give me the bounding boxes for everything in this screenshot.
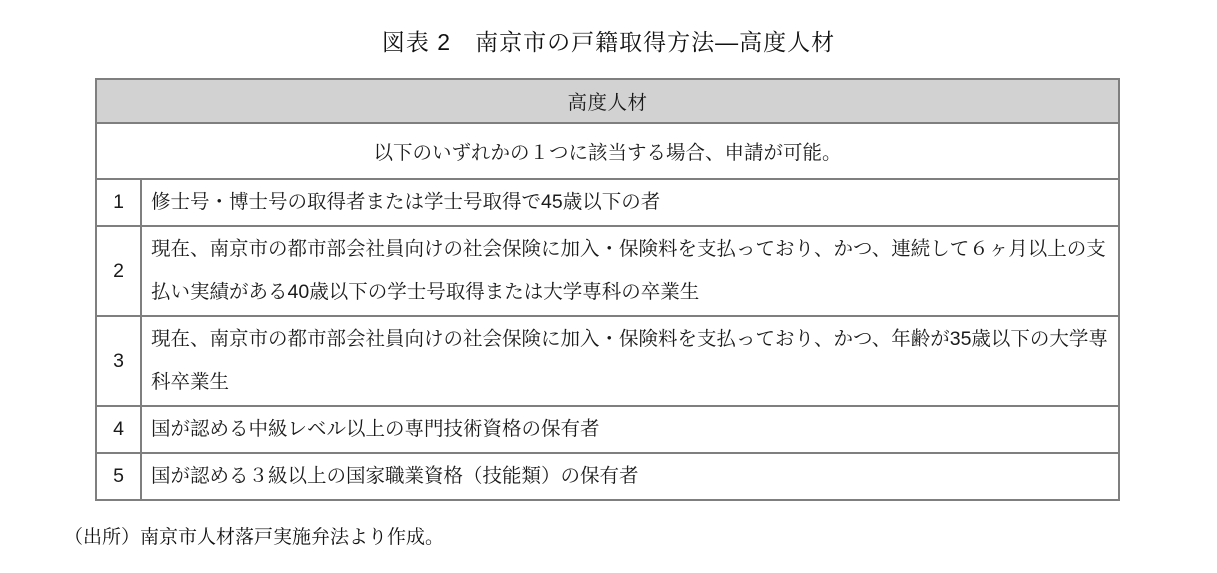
row-number-cell: 1 xyxy=(96,179,141,226)
row-number-cell: 2 xyxy=(96,226,141,316)
table-header-cell: 高度人材 xyxy=(96,79,1119,123)
table-row: 2 現在、南京市の都市部会社員向けの社会保険に加入・保険料を支払っており、かつ、… xyxy=(96,226,1119,316)
table-row: 3 現在、南京市の都市部会社員向けの社会保険に加入・保険料を支払っており、かつ、… xyxy=(96,316,1119,406)
row-description-cell: 国が認める中級レベル以上の専門技術資格の保有者 xyxy=(141,406,1119,453)
row-description-cell: 現在、南京市の都市部会社員向けの社会保険に加入・保険料を支払っており、かつ、連続… xyxy=(141,226,1119,316)
table-row: 5 国が認める３級以上の国家職業資格（技能類）の保有者 xyxy=(96,453,1119,500)
row-description-cell: 国が認める３級以上の国家職業資格（技能類）の保有者 xyxy=(141,453,1119,500)
document-page: 図表 2 南京市の戸籍取得方法―高度人材 高度人材 以下のいずれかの１つに該当す… xyxy=(0,0,1217,573)
row-description-cell: 修士号・博士号の取得者または学士号取得で45歳以下の者 xyxy=(141,179,1119,226)
condition-cell: 以下のいずれかの１つに該当する場合、申請が可能。 xyxy=(96,123,1119,179)
page-title: 図表 2 南京市の戸籍取得方法―高度人材 xyxy=(0,24,1217,57)
table-condition-row: 以下のいずれかの１つに該当する場合、申請が可能。 xyxy=(96,123,1119,179)
table-row: 4 国が認める中級レベル以上の専門技術資格の保有者 xyxy=(96,406,1119,453)
row-number-cell: 5 xyxy=(96,453,141,500)
talent-table: 高度人材 以下のいずれかの１つに該当する場合、申請が可能。 1 修士号・博士号の… xyxy=(95,78,1120,501)
source-note: （出所）南京市人材落戸実施弁法より作成。 xyxy=(64,522,444,549)
row-number-cell: 4 xyxy=(96,406,141,453)
table-header-row: 高度人材 xyxy=(96,79,1119,123)
row-description-cell: 現在、南京市の都市部会社員向けの社会保険に加入・保険料を支払っており、かつ、年齢… xyxy=(141,316,1119,406)
table-row: 1 修士号・博士号の取得者または学士号取得で45歳以下の者 xyxy=(96,179,1119,226)
row-number-cell: 3 xyxy=(96,316,141,406)
